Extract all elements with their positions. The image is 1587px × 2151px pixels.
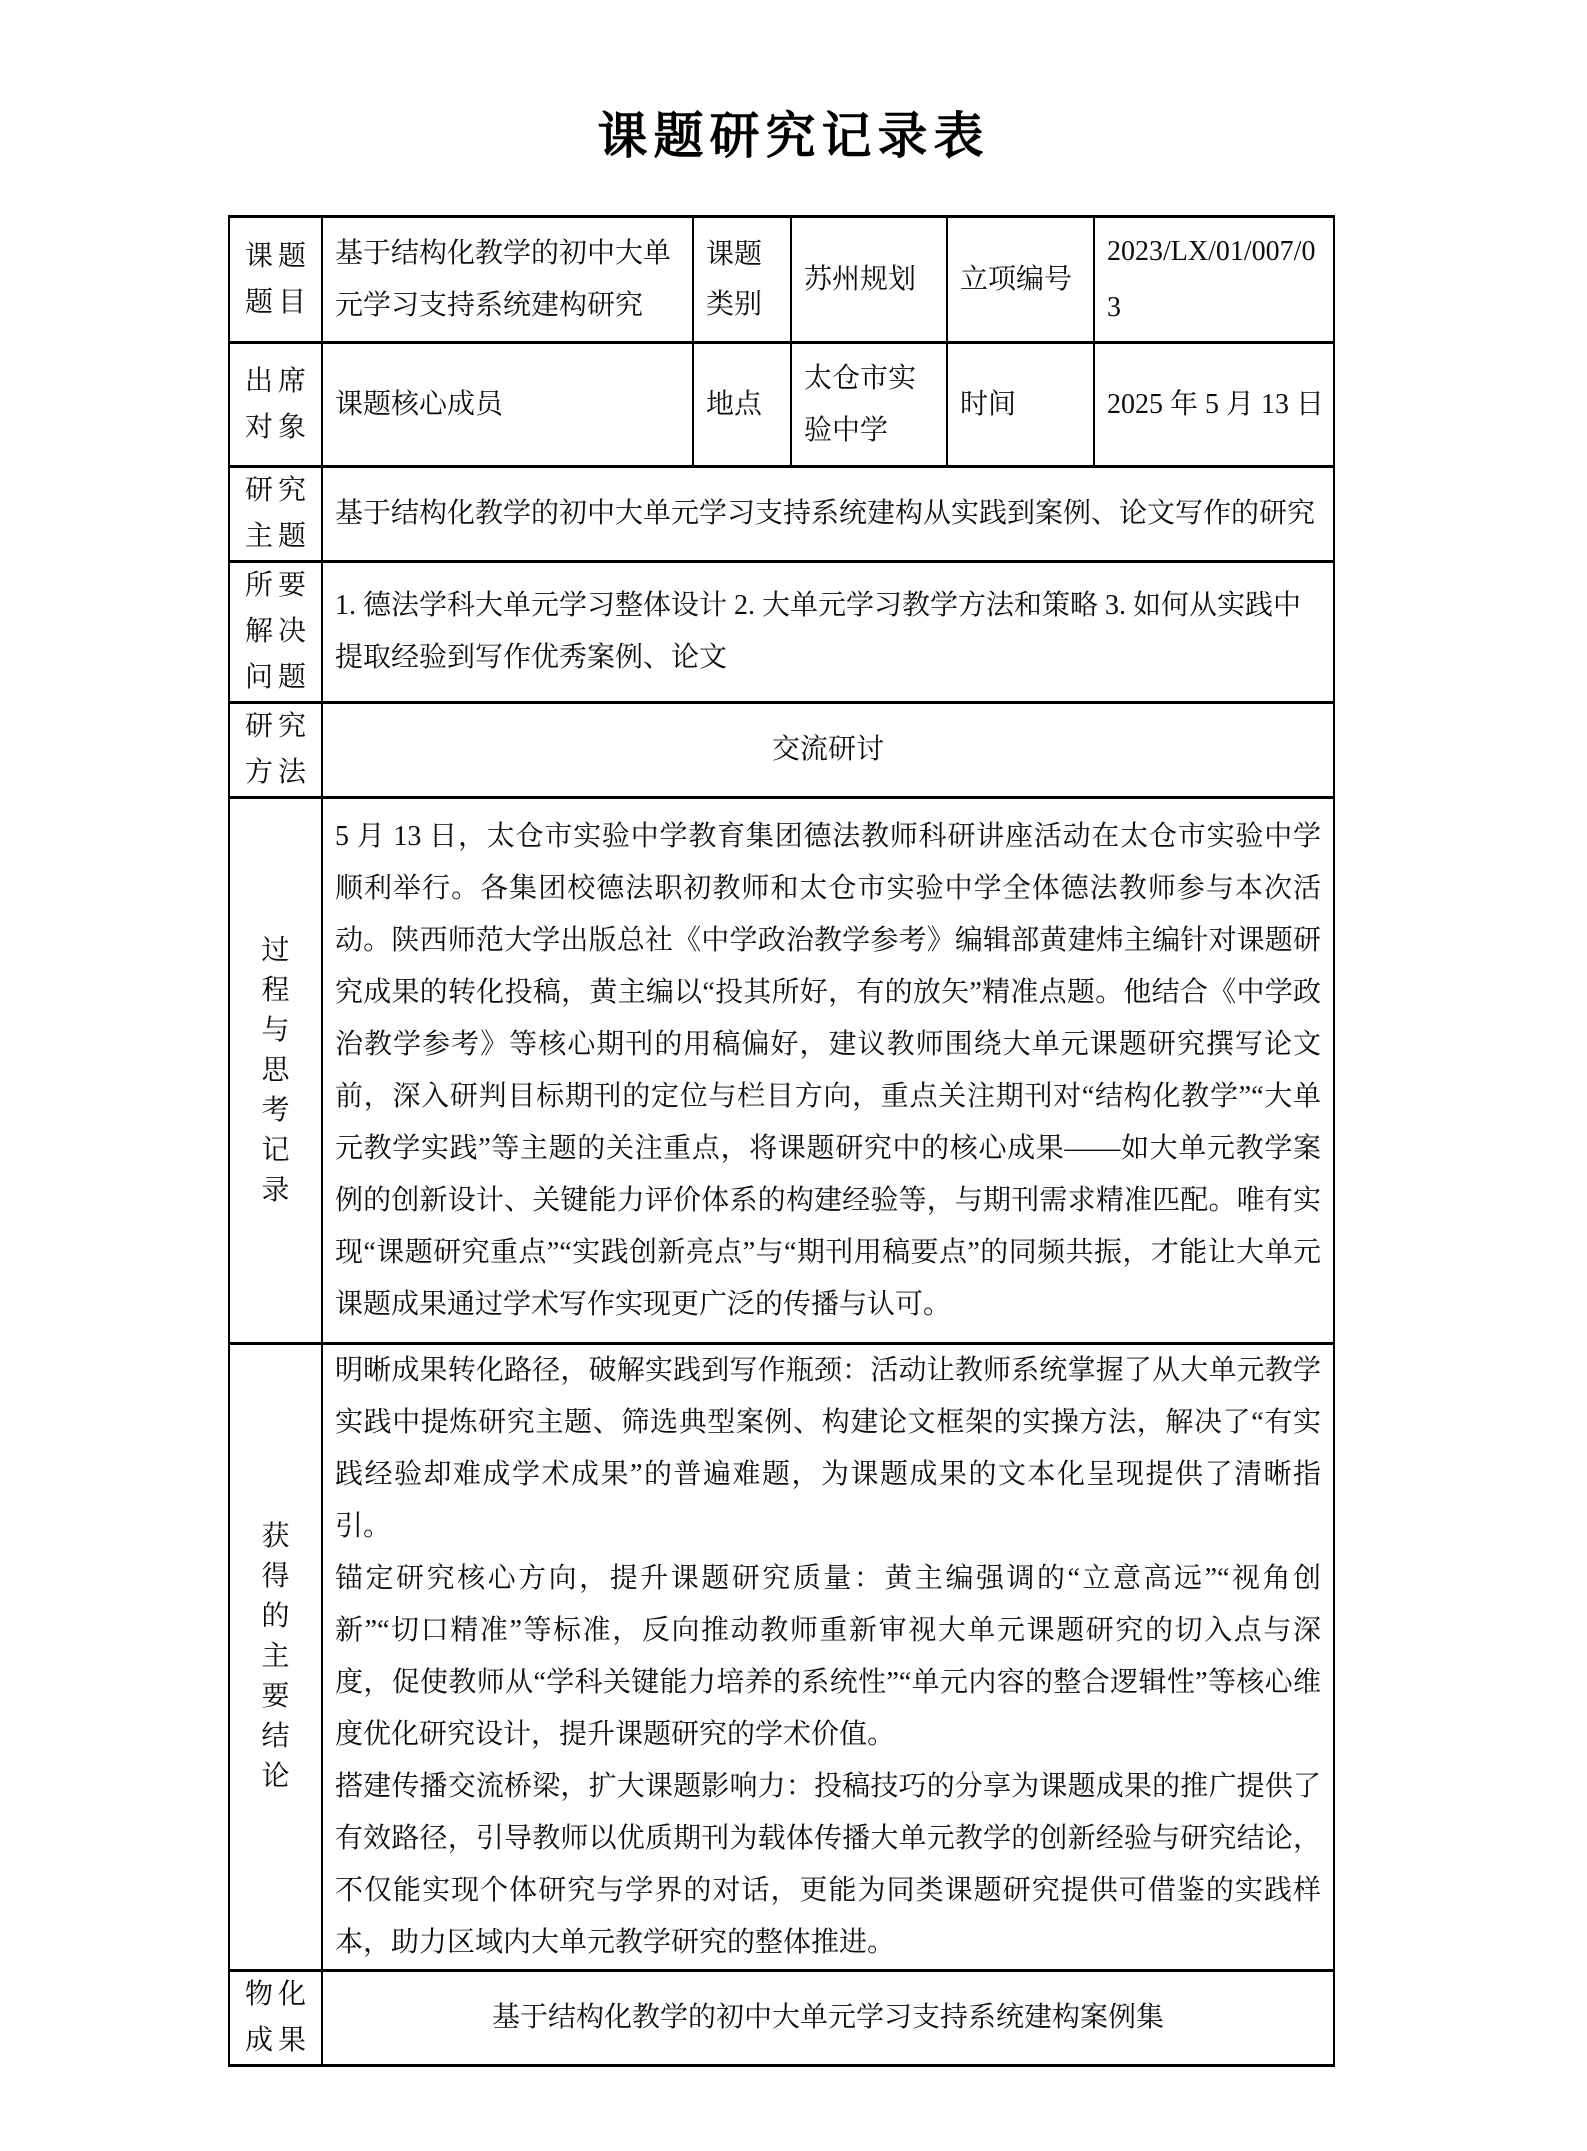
attendees-value: 课题核心成员: [322, 343, 693, 467]
table-row-process-record: 过 程 与 思 考 记 录 5 月 13 日，太仓市实验中学教育集团德法教师科研…: [229, 798, 1334, 1344]
location-value: 太仓市实验中学: [791, 343, 947, 467]
research-record-table: 课题 题目 基于结构化教学的初中大单元学习支持系统建构研究 课题 类别 苏州规划…: [228, 215, 1335, 2067]
material-outcome-value: 基于结构化教学的初中大单元学习支持系统建构案例集: [322, 1971, 1334, 2066]
conclusion-paragraph-3: 搭建传播交流桥梁，扩大课题影响力：投稿技巧的分享为课题成果的推广提供了有效路径，…: [335, 1761, 1321, 1969]
conclusion-paragraph-2: 锚定研究核心方向，提升课题研究质量：黄主编强调的“立意高远”“视角创新”“切口精…: [335, 1553, 1321, 1761]
topic-category-label: 课题 类别: [693, 217, 791, 343]
page-title: 课题研究记录表: [0, 104, 1587, 168]
material-outcome-label: 物化 成果: [229, 1971, 322, 2066]
research-method-value: 交流研讨: [322, 703, 1334, 798]
research-method-label: 研究 方法: [229, 703, 322, 798]
research-theme-value: 基于结构化教学的初中大单元学习支持系统建构从实践到案例、论文写作的研究: [322, 467, 1334, 562]
problems-label: 所要 解决 问题: [229, 562, 322, 703]
table-row-material-outcome: 物化 成果 基于结构化教学的初中大单元学习支持系统建构案例集: [229, 1971, 1334, 2066]
project-number-value: 2023/LX/01/007/03: [1094, 217, 1334, 343]
time-label: 时间: [947, 343, 1094, 467]
table-row-problems: 所要 解决 问题 1. 德法学科大单元学习整体设计 2. 大单元学习教学方法和策…: [229, 562, 1334, 703]
table-row-research-method: 研究 方法 交流研讨: [229, 703, 1334, 798]
topic-title-label: 课题 题目: [229, 217, 322, 343]
conclusion-paragraph-1: 明晰成果转化路径，破解实践到写作瓶颈：活动让教师系统掌握了从大单元教学实践中提炼…: [335, 1345, 1321, 1553]
table-row-main-conclusions: 获 得 的 主 要 结 论 明晰成果转化路径，破解实践到写作瓶颈：活动让教师系统…: [229, 1344, 1334, 1971]
table-row-topic-title: 课题 题目 基于结构化教学的初中大单元学习支持系统建构研究 课题 类别 苏州规划…: [229, 217, 1334, 343]
location-label: 地点: [693, 343, 791, 467]
problems-value: 1. 德法学科大单元学习整体设计 2. 大单元学习教学方法和策略 3. 如何从实…: [322, 562, 1334, 703]
main-conclusions-label: 获 得 的 主 要 结 论: [229, 1344, 322, 1971]
document-page: 课题研究记录表 课题 题目 基于结构化教学的初中大单元学习支持系统建构研究 课题…: [0, 0, 1587, 2151]
topic-category-value: 苏州规划: [791, 217, 947, 343]
research-theme-label: 研究 主题: [229, 467, 322, 562]
topic-title-value: 基于结构化教学的初中大单元学习支持系统建构研究: [322, 217, 693, 343]
table-row-attendees: 出席 对象 课题核心成员 地点 太仓市实验中学 时间 2025 年 5 月 13…: [229, 343, 1334, 467]
time-value: 2025 年 5 月 13 日: [1094, 343, 1334, 467]
project-number-label: 立项编号: [947, 217, 1094, 343]
main-conclusions-value: 明晰成果转化路径，破解实践到写作瓶颈：活动让教师系统掌握了从大单元教学实践中提炼…: [322, 1344, 1334, 1971]
process-record-label: 过 程 与 思 考 记 录: [229, 798, 322, 1344]
process-record-value: 5 月 13 日，太仓市实验中学教育集团德法教师科研讲座活动在太仓市实验中学顺利…: [322, 798, 1334, 1344]
attendees-label: 出席 对象: [229, 343, 322, 467]
table-row-research-theme: 研究 主题 基于结构化教学的初中大单元学习支持系统建构从实践到案例、论文写作的研…: [229, 467, 1334, 562]
